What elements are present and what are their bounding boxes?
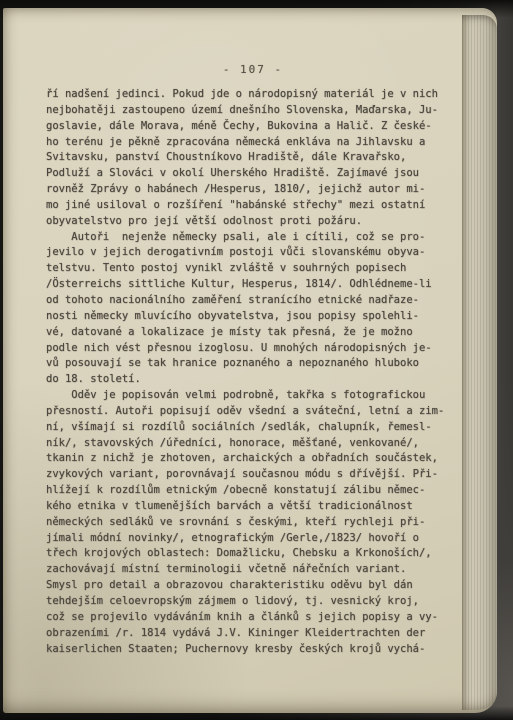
text-line: do 18. století. [46, 372, 456, 388]
text-line: ník/, stavovských /úředníci, honorace, m… [46, 436, 456, 452]
page-number: - 107 - [46, 63, 460, 77]
text-line: kaiserlichen Staaten; Puchernovy kresby … [46, 642, 456, 658]
text-line: což se projevilo vydáváním knih a článků… [46, 610, 456, 626]
text-line: Podluží a Slováci v okolí Uherského Hrad… [46, 166, 456, 182]
text-line: obyvatelstvo pro její větší odolnost pro… [46, 214, 456, 230]
text-line: německých sedláků ve srovnání s českými,… [46, 515, 456, 531]
text-line: ho terénu je pěkně zpracována německá en… [46, 135, 456, 151]
book-page: - 107 - ří nadšení jedinci. Pokud jde o … [3, 8, 497, 713]
text-line: vé, datované a lokalizace je místy tak p… [46, 325, 456, 341]
text-line: obrazeními /r. 1814 vydává J.V. Kininger… [46, 626, 456, 642]
text-line: hlížejí k rozdílům etnickým /obecně kons… [46, 483, 456, 499]
text-line: ní, všímají si rozdílů sociálních /sedlá… [46, 420, 456, 436]
text-line: telstvu. Tento postoj vynikl zvláště v s… [46, 261, 456, 277]
text-line: přesností. Autoři popisují oděv všední a… [46, 404, 456, 420]
page-stack-edge [462, 15, 497, 710]
text-line: kého etnika v tlumenějších barvách a vět… [46, 499, 456, 515]
text-line: rovněž Zprávy o habánech /Hesperus, 1810… [46, 182, 456, 198]
text-line: /Österreichs sittliche Kultur, Hesperus,… [46, 277, 456, 293]
text-line: tehdejším celoevropským zájmem o lidový,… [46, 594, 456, 610]
text-line: tkanin z nichž je zhotoven, archaických … [46, 451, 456, 467]
scanned-book-photo: - 107 - ří nadšení jedinci. Pokud jde o … [0, 0, 513, 720]
text-line: podle nich vést přesnou izoglosu. U mnoh… [46, 341, 456, 357]
text-line: nejbohatěji zastoupeno území dnešního Sl… [46, 103, 456, 119]
text-line: nosti německy mluvícího obyvatelstva, js… [46, 309, 456, 325]
text-line: mo jiné usiloval o rozšíření "habánské s… [46, 198, 456, 214]
text-line: zvykových variant, porovnávají současnou… [46, 467, 456, 483]
text-line: třech krojových oblastech: Domažlicku, C… [46, 546, 456, 562]
text-line: goslavie, dále Morava, méně Čechy, Bukov… [46, 119, 456, 135]
text-line: Smysl pro detail a obrazovou charakteris… [46, 578, 456, 594]
text-line: Oděv je popisován velmi podrobně, takřka… [46, 388, 456, 404]
page-text: ří nadšení jedinci. Pokud jde o národopi… [46, 87, 456, 657]
text-line: Autoři nejenže německy psali, ale i cíti… [46, 230, 456, 246]
text-line: jímali módní novinky/, etnografickým /Ge… [46, 531, 456, 547]
text-line: jevilo v jejich derogativním postoji vůč… [46, 245, 456, 261]
text-line: Svitavsku, panství Choustníkovo Hradiště… [46, 150, 456, 166]
text-line: vů posouvají se tak hranice poznaného a … [46, 356, 456, 372]
text-line: od tohoto nacionálního zaměření stranící… [46, 293, 456, 309]
text-line: zachovávají místní terminologii včetně n… [46, 562, 456, 578]
text-line: ří nadšení jedinci. Pokud jde o národopi… [46, 87, 456, 103]
